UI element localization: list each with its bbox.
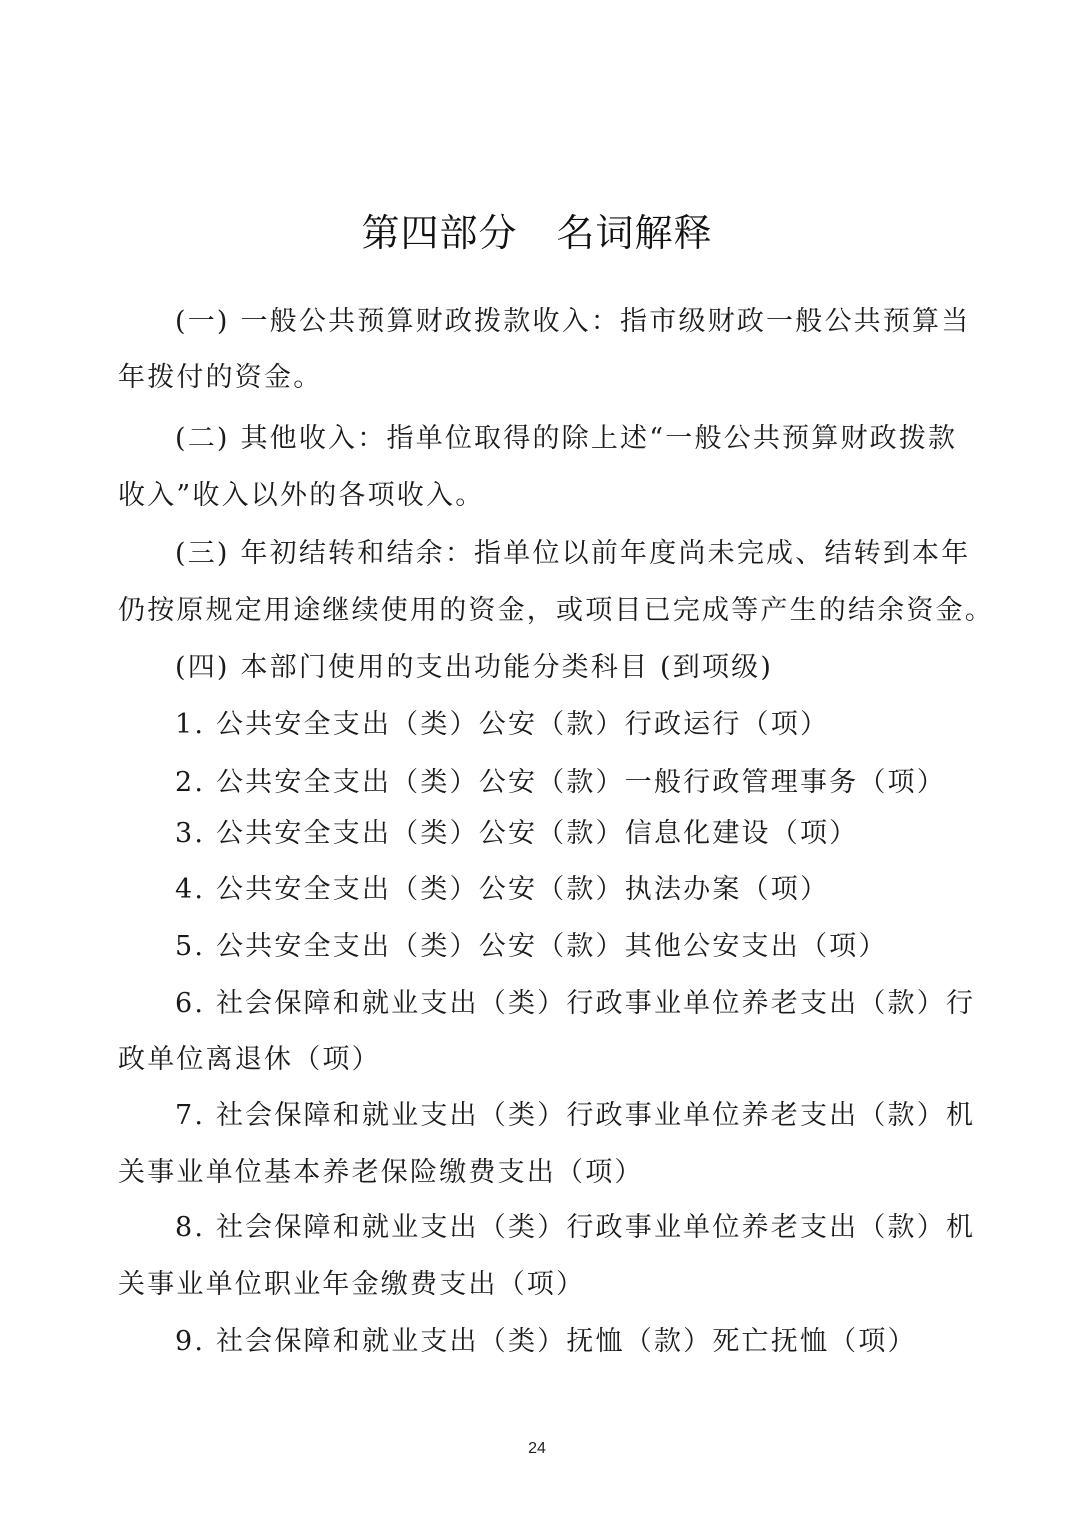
list-item-8-line-2: 关事业单位职业年金缴费支出（项） [118,1265,585,1305]
list-item-1: 1. 公共安全支出（类）公安（款）行政运行（项） [175,705,829,745]
list-item-4: 4. 公共安全支出（类）公安（款）执法办案（项） [175,870,829,910]
page-title: 第四部分 名词解释 [0,205,1074,261]
list-item-8-line-1: 8. 社会保障和就业支出（类）行政事业单位养老支出（款）机 [175,1208,975,1248]
list-item-6-line-1: 6. 社会保障和就业支出（类）行政事业单位养老支出（款）行 [175,984,975,1024]
definition-1-line-1: (一) 一般公共预算财政拨款收入：指市级财政一般公共预算当 [175,302,970,342]
definition-3-line-2: 仍按原规定用途继续使用的资金，或项目已完成等产生的结余资金。 [118,591,994,631]
list-item-6-line-2: 政单位离退休（项） [118,1040,381,1080]
list-item-3: 3. 公共安全支出（类）公安（款）信息化建设（项） [175,814,858,854]
list-item-7-line-1: 7. 社会保障和就业支出（类）行政事业单位养老支出（款）机 [175,1096,975,1136]
definition-3-line-1: (三) 年初结转和结余：指单位以前年度尚未完成、结转到本年 [175,534,970,574]
definition-1-line-2: 年拨付的资金。 [118,358,322,398]
list-item-9: 9. 社会保障和就业支出（类）抚恤（款）死亡抚恤（项） [175,1322,917,1362]
definition-4-heading: (四) 本部门使用的支出功能分类科目 (到项级) [175,648,773,688]
list-item-5: 5. 公共安全支出（类）公安（款）其他公安支出（项） [175,927,888,967]
list-item-7-line-2: 关事业单位基本养老保险缴费支出（项） [118,1153,644,1193]
page-number: 24 [0,1440,1074,1458]
definition-2-line-1: (二) 其他收入：指单位取得的除上述“一般公共预算财政拨款 [175,419,957,459]
list-item-2: 2. 公共安全支出（类）公安（款）一般行政管理事务（项） [175,763,946,803]
definition-2-line-2: 收入”收入以外的各项收入。 [118,476,484,516]
